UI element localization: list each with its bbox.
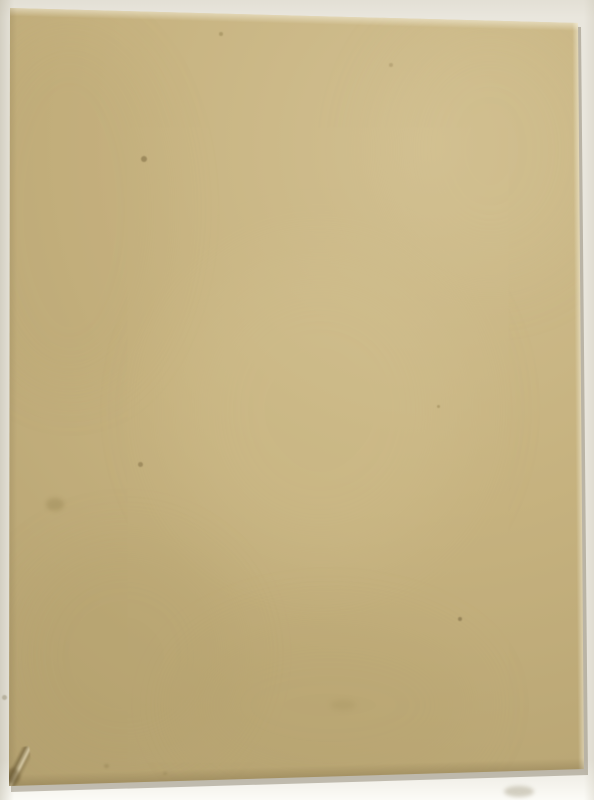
card xyxy=(0,0,594,800)
mottle-bottom-left xyxy=(10,540,240,770)
mottle-top-right-light xyxy=(380,20,594,280)
speck-bottom-2 xyxy=(163,772,167,775)
smudge-left xyxy=(46,498,64,511)
bg-speck-left-margin xyxy=(2,695,7,700)
spot-lower-right xyxy=(458,617,462,621)
bg-smudge-bottom-right xyxy=(504,786,534,797)
smudge-bottom-center xyxy=(330,700,356,710)
speck-bottom-1 xyxy=(104,764,109,768)
mottle-center-light xyxy=(170,250,470,570)
speck-top-right xyxy=(389,63,393,67)
speck-top xyxy=(219,32,223,36)
spot-upper-left xyxy=(141,156,147,162)
spot-mid-left xyxy=(138,462,143,467)
mottle-top-left xyxy=(0,30,170,390)
photo-scan xyxy=(0,0,594,800)
mottle-bottom-center xyxy=(180,620,480,790)
speck-mid-right xyxy=(437,405,440,408)
